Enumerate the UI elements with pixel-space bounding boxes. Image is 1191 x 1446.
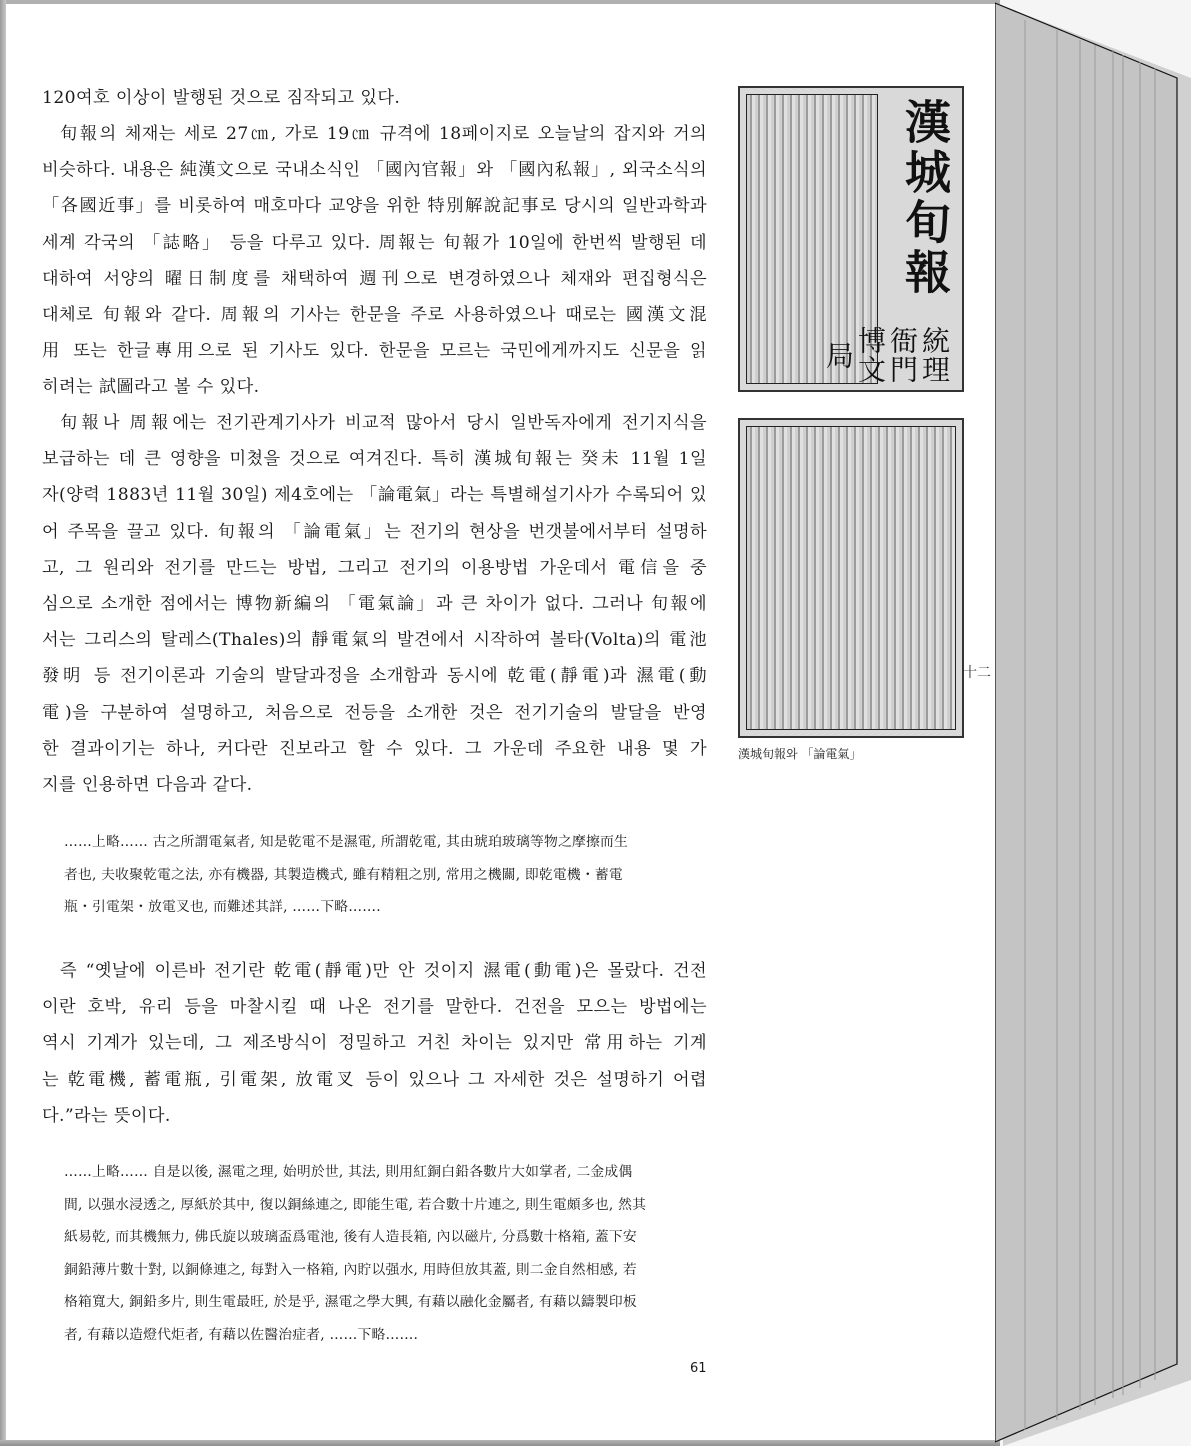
article-text-columns: [746, 426, 956, 730]
paragraph-3: 旬報나 周報에는 전기관계기사가 비교적 많아서 당시 일반독자에게 전기지식을…: [42, 405, 707, 803]
paragraph-4: 즉 “옛날에 이른바 전기란 乾電(靜電)만 안 것이지 濕電(動電)은 몰랐다…: [42, 953, 707, 1134]
page-bottom-edge: [0, 1440, 1000, 1446]
article-page-image: [738, 418, 964, 738]
quotation-2: ……上略…… 自是以後, 濕電之理, 始明於世, 其法, 則用紅銅白鉛各數片大如…: [64, 1156, 689, 1351]
paragraph-1: 120여호 이상이 발행된 것으로 짐작되고 있다.: [42, 80, 707, 116]
quotation-1: ……上略…… 古之所謂電氣者, 知是乾電不是濕電, 所謂乾電, 其由琥珀玻璃等物…: [64, 826, 689, 924]
newspaper-title: 漢城旬報: [882, 98, 952, 298]
page-stack-edge: [995, 0, 1191, 1446]
book-frame: 120여호 이상이 발행된 것으로 짐작되고 있다. 旬報의 체재는 세로 27…: [0, 0, 1191, 1446]
paragraph-2: 旬報의 체재는 세로 27㎝, 가로 19㎝ 규격에 18페이지로 오늘날의 잡…: [42, 116, 707, 406]
page-number: 61: [690, 1361, 707, 1376]
figure-caption: 漢城旬報와 「論電氣」: [738, 745, 861, 762]
newspaper-cover-image: 漢城旬報 統理衙門博文局: [738, 86, 964, 392]
newspaper-publisher: 統理衙門博文局: [886, 320, 950, 390]
side-page-mark: 十二: [963, 662, 991, 682]
